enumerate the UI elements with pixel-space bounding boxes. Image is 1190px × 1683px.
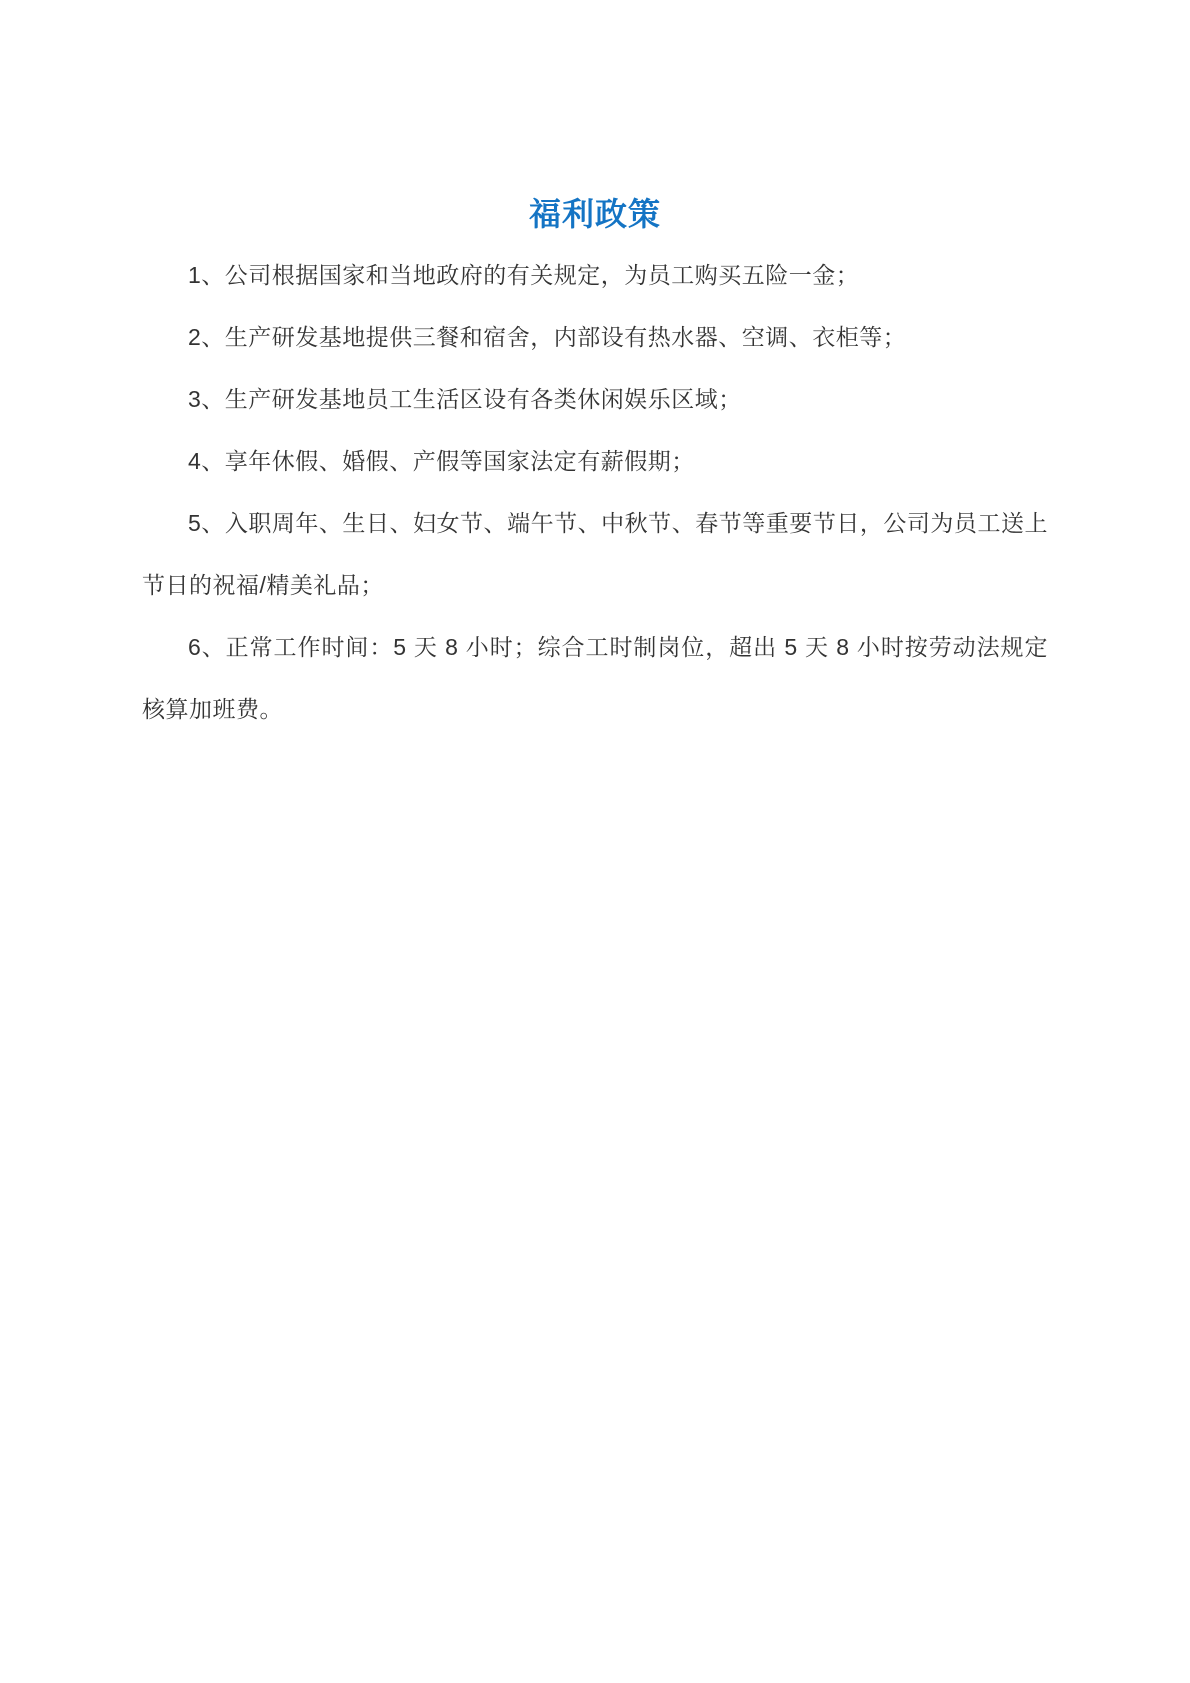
policy-item-6: 6、正常工作时间：5 天 8 小时；综合工时制岗位，超出 5 天 8 小时按劳动… xyxy=(142,616,1048,740)
page-title: 福利政策 xyxy=(142,192,1048,236)
document-page: 福利政策 1、公司根据国家和当地政府的有关规定，为员工购买五险一金； 2、生产研… xyxy=(0,0,1190,1683)
policy-list: 1、公司根据国家和当地政府的有关规定，为员工购买五险一金； 2、生产研发基地提供… xyxy=(142,244,1048,740)
policy-item-1: 1、公司根据国家和当地政府的有关规定，为员工购买五险一金； xyxy=(142,244,1048,306)
policy-item-4: 4、享年休假、婚假、产假等国家法定有薪假期； xyxy=(142,430,1048,492)
policy-item-2: 2、生产研发基地提供三餐和宿舍，内部设有热水器、空调、衣柜等； xyxy=(142,306,1048,368)
policy-item-3: 3、生产研发基地员工生活区设有各类休闲娱乐区域； xyxy=(142,368,1048,430)
policy-item-5: 5、入职周年、生日、妇女节、端午节、中秋节、春节等重要节日，公司为员工送上节日的… xyxy=(142,492,1048,616)
